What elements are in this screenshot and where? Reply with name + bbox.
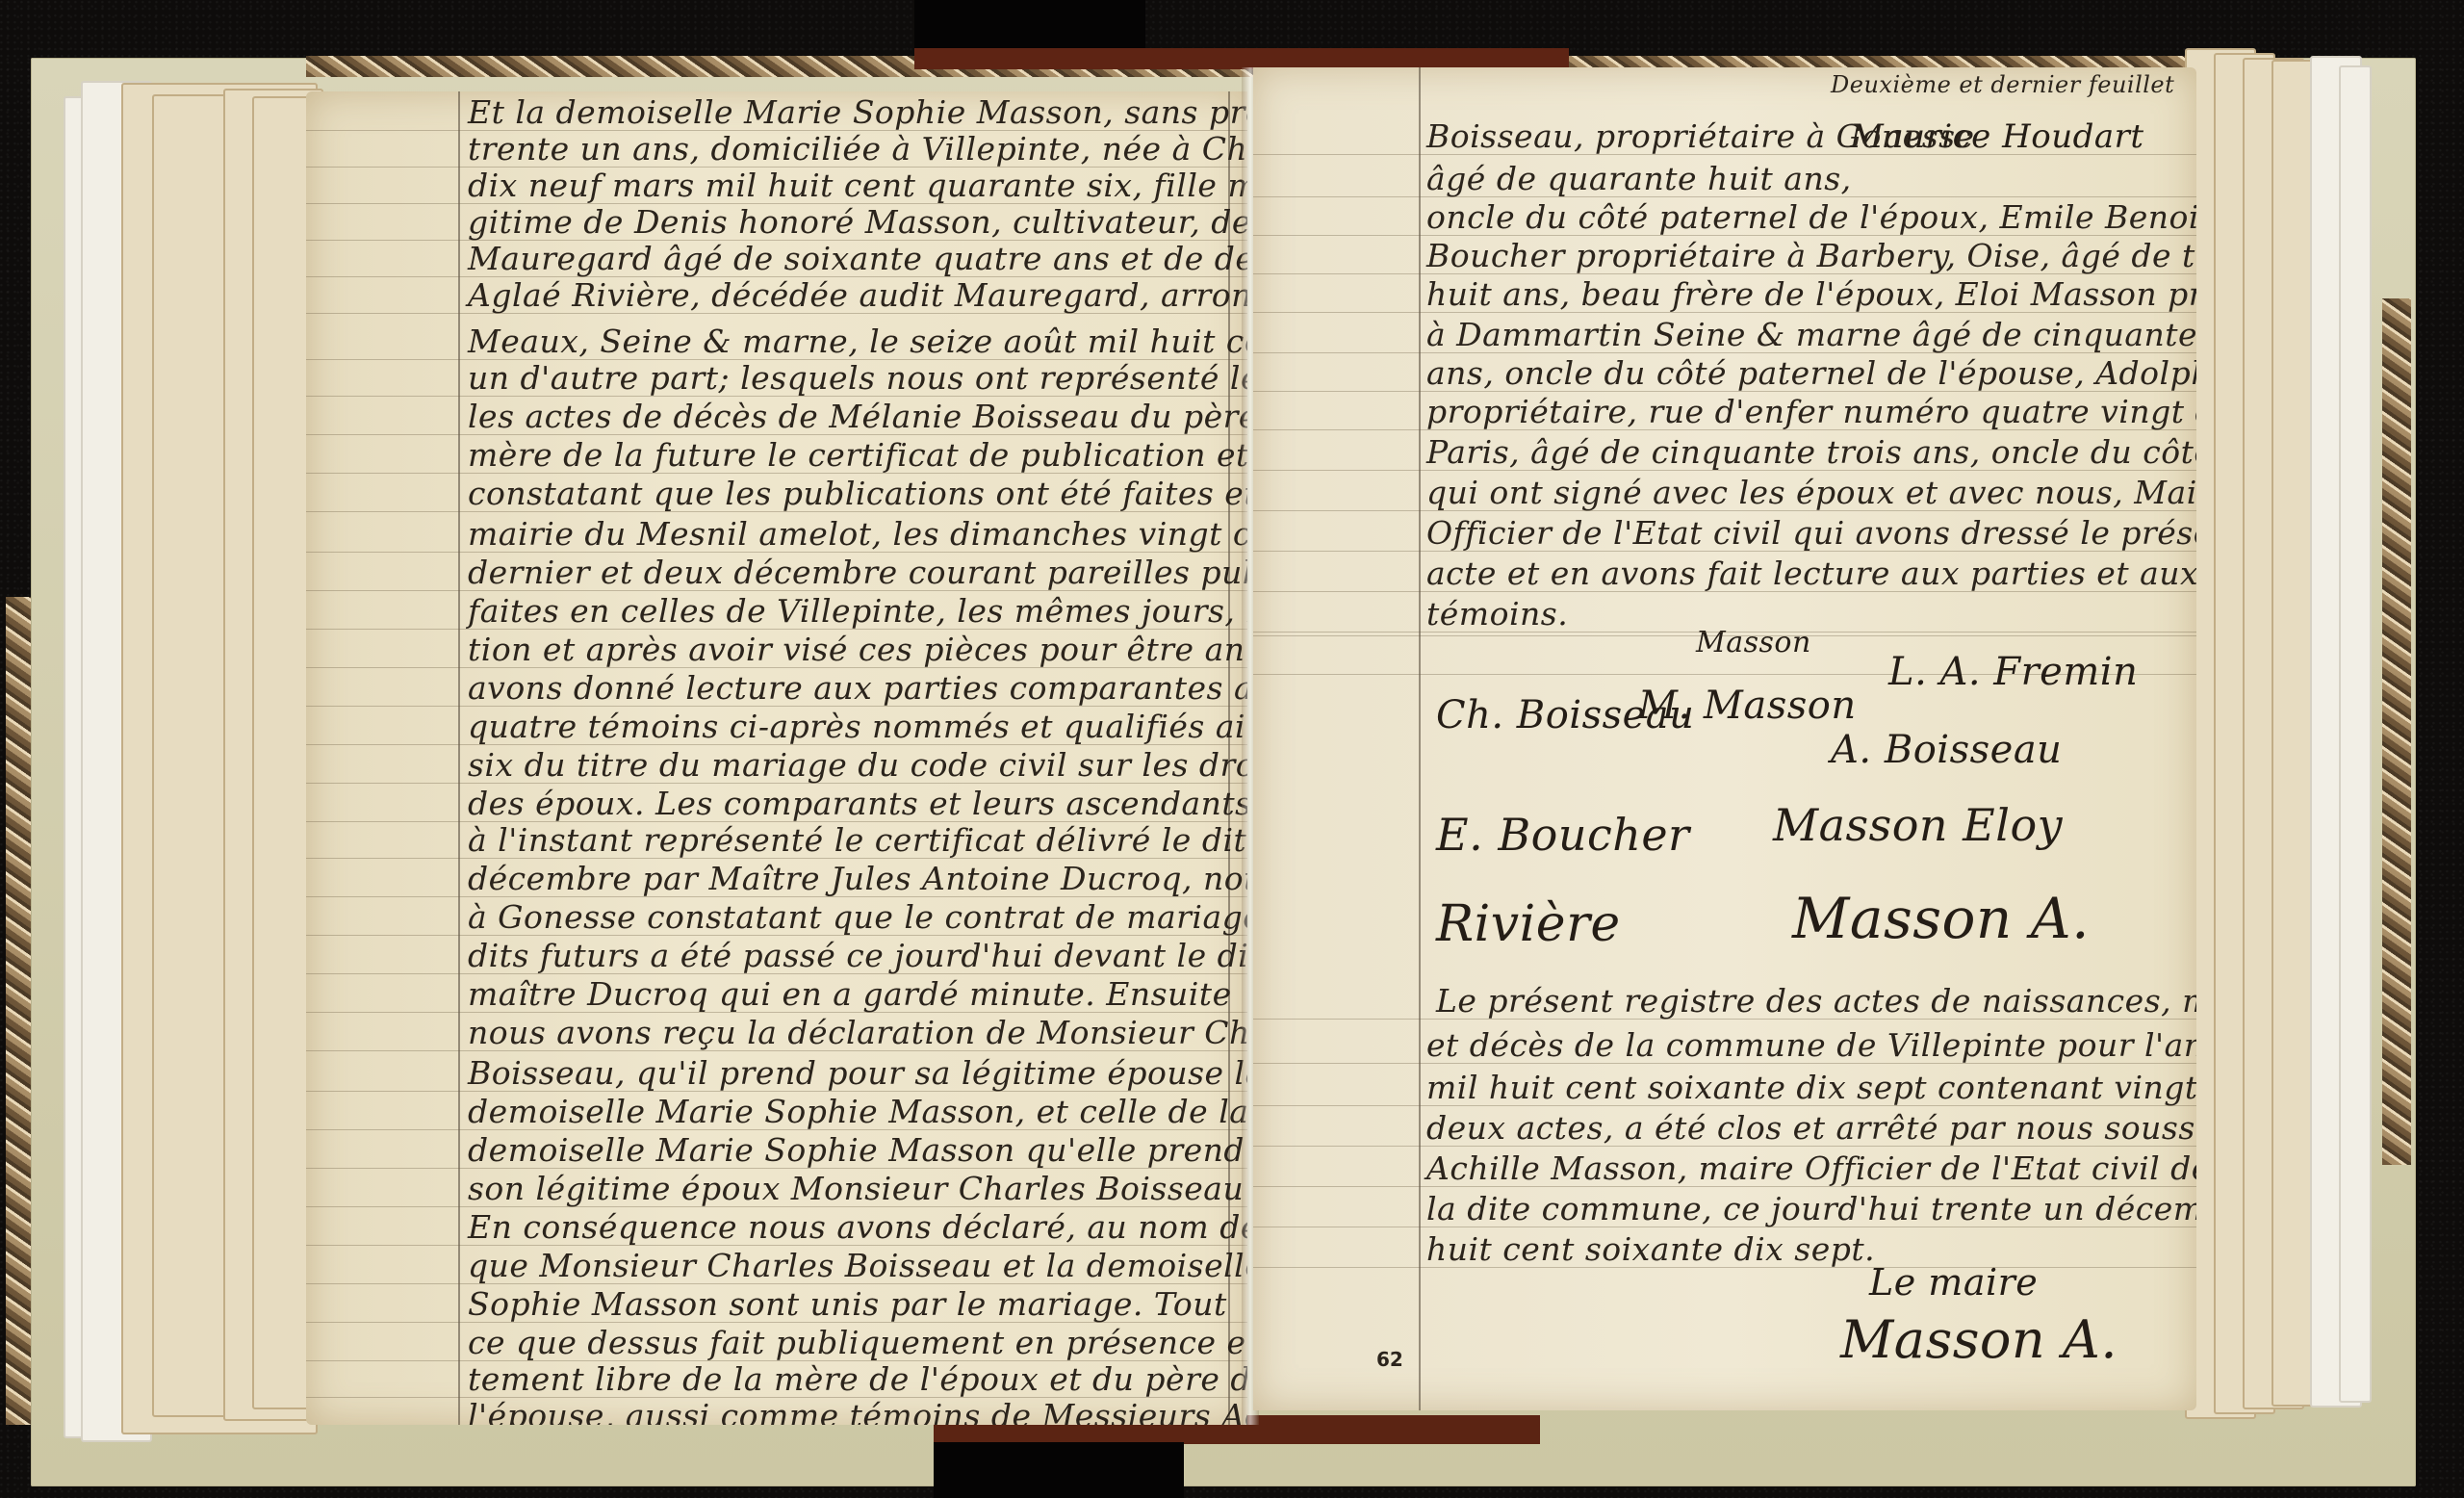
text-line: Sophie Masson sont unis par le mariage. … [468,1285,1227,1323]
text-line: En conséquence nous avons déclaré, au no… [468,1208,1247,1246]
text-line: trente un ans, domiciliée à Villepinte, … [468,130,1247,168]
ruled-line [306,359,1247,360]
text-line: tion et après avoir visé ces pièces pour… [468,631,1247,668]
ruled-line [1253,273,2196,274]
text-line: dits futurs a été passé ce jourd'hui dev… [468,937,1247,974]
signature: L. A. Fremin [1888,650,2138,694]
text-line: l'épouse, aussi comme témoins de Messieu… [468,1397,1247,1425]
text-line: Boisseau, qu'il prend pour sa légitime é… [468,1054,1247,1092]
ruled-line [306,1322,1247,1323]
text-line: maître Ducroq qui en a gardé minute. Ens… [468,975,1232,1013]
ruled-line [1253,632,2196,633]
ruled-line [306,1283,1247,1284]
ruled-line [306,313,1247,314]
ruled-line [306,783,1247,784]
right-page: 62 Deuxième et dernier feuillet Maurice … [1253,67,2196,1410]
ruled-line [306,1206,1247,1207]
spine-top [914,48,1569,69]
ruled-line [1253,1019,2196,1020]
text-line: oncle du côté paternel de l'époux, Emile… [1426,198,2196,236]
margin-line [1419,67,1421,1410]
ruled-line [306,203,1247,204]
ruled-line [1253,391,2196,392]
signature: A. Boisseau [1831,728,2062,772]
text-line: Mauregard âgé de soixante quatre ans et … [468,240,1247,277]
ruled-line [1253,1186,2196,1187]
ruled-line [306,167,1247,168]
text-line: demoiselle Marie Sophie Masson, et celle… [468,1093,1247,1130]
text-line: Officier de l'Etat civil qui avons dress… [1426,514,2196,552]
text-line: Boisseau, propriétaire à Gonesse [1426,117,1975,155]
text-line: faites en celles de Villepinte, les même… [468,592,1247,630]
text-line: six du titre du mariage du code civil su… [468,746,1247,784]
ruled-line [306,590,1247,591]
ruled-line [306,629,1247,630]
closing-line: la dite commune, ce jourd'hui trente un … [1426,1190,2196,1227]
ruled-line [306,1129,1247,1130]
ruled-line [306,552,1247,553]
text-line: ce que dessus fait publiquement en prése… [468,1324,1247,1361]
text-line: que Monsieur Charles Boisseau et la demo… [468,1247,1247,1284]
text-line: à Gonesse constatant que le contrat de m… [468,898,1247,936]
closing-line: Le présent registre des actes de naissan… [1436,982,2196,1020]
ruled-line [306,1050,1247,1051]
ruled-line [1253,154,2196,155]
ruled-line [1253,429,2196,430]
text-line: mairie du Mesnil amelot, les dimanches v… [468,515,1247,553]
text-line: tement libre de la mère de l'époux et du… [468,1360,1247,1398]
text-line: son légitime époux Monsieur Charles Bois… [468,1170,1244,1207]
text-line: mère de la future le certificat de publi… [468,436,1247,474]
closing-line: huit cent soixante dix sept. [1426,1230,1875,1268]
ruled-line [306,667,1247,668]
text-line: nous avons reçu la déclaration de Monsie… [468,1014,1247,1051]
closing-line: mil huit cent soixante dix sept contenan… [1426,1069,2196,1106]
closing-signature: Masson A. [1840,1309,2117,1370]
ruled-line [306,1245,1247,1246]
text-line: âgé de quarante huit ans, [1426,160,1852,197]
ruled-line [306,821,1247,822]
ruled-line [306,706,1247,707]
text-line: constatant que les publications ont été … [468,475,1247,512]
text-line: Aglaé Rivière, décédée audit Mauregard, … [468,276,1247,314]
marbled-board-left [6,597,31,1425]
text-line: Et la demoiselle Marie Sophie Masson, sa… [468,93,1247,131]
ruled-line [306,276,1247,277]
margin-line [458,91,460,1425]
ruled-line [1253,1063,2196,1064]
marbled-board-right [2382,298,2411,1165]
signature: Rivière [1436,895,1621,953]
ruled-line [306,744,1247,745]
page-number: 62 [1376,1348,1403,1371]
text-line: un d'autre part; lesquels nous ont repré… [468,359,1247,397]
ruled-line [1253,510,2196,511]
ruled-line [306,858,1247,859]
ruled-line [1253,352,2196,353]
ruled-line [1253,470,2196,471]
text-line: à l'instant représenté le certificat dél… [468,821,1247,859]
closing-line: et décès de la commune de Villepinte pou… [1426,1026,2196,1064]
ruled-line [1253,1267,2196,1268]
left-page: Et la demoiselle Marie Sophie Masson, sa… [306,91,1247,1425]
ruled-line [1253,591,2196,592]
background-dark [914,0,1145,50]
ruled-line [306,434,1247,435]
text-line: propriétaire, rue d'enfer numéro quatre … [1426,393,2196,430]
ruled-line [1253,1146,2196,1147]
text-line: avons donné lecture aux parties comparan… [468,669,1247,707]
text-line: Paris, âgé de cinquante trois ans, oncle… [1426,433,2196,471]
text-line: qui ont signé avec les époux et avec nou… [1426,474,2196,511]
page-edge [2339,65,2372,1403]
ruled-line [1253,312,2196,313]
text-line: dernier et deux décembre courant pareill… [468,554,1247,591]
text-line: Meaux, Seine & marne, le seize août mil … [468,323,1247,360]
text-line: décembre par Maître Jules Antoine Ducroq… [468,860,1247,897]
ruled-line [1253,196,2196,197]
ruled-line [306,935,1247,936]
ruled-line [306,1168,1247,1169]
ruled-line [1253,1105,2196,1106]
ruled-line [306,240,1247,241]
text-line: gitime de Denis honoré Masson, cultivate… [468,203,1247,241]
text-line: à Dammartin Seine & marne âgé de cinquan… [1426,316,2196,353]
text-line: dix neuf mars mil huit cent quarante six… [468,167,1247,204]
ruled-line [306,1091,1247,1092]
text-line: acte et en avons fait lecture aux partie… [1426,555,2196,592]
ruled-line [1253,1227,2196,1227]
ruled-line [306,473,1247,474]
closing-line: Achille Masson, maire Officier de l'Etat… [1426,1149,2196,1187]
signature: E. Boucher [1436,809,1690,861]
background-dark-bottom [934,1442,1184,1498]
text-line: demoiselle Marie Sophie Masson qu'elle p… [468,1131,1247,1169]
ruled-line [306,1397,1247,1398]
text-line: Boucher propriétaire à Barbery, Oise, âg… [1426,237,2196,274]
text-line: quatre témoins ci-après nommés et qualif… [468,708,1247,745]
ruled-line [306,973,1247,974]
text-line: témoins. [1426,595,1568,633]
closing-line: deux actes, a été clos et arrêté par nou… [1426,1109,2196,1147]
text-line: les actes de décès de Mélanie Boisseau d… [468,398,1247,435]
ruled-line [306,130,1247,131]
ruled-line [306,1360,1247,1361]
signature: Masson A. [1792,886,2090,951]
signature: Masson Eloy [1773,799,2063,851]
ruled-line [1253,551,2196,552]
signature: M. Masson [1638,684,1857,728]
header-note: Deuxième et dernier feuillet [1831,71,2174,98]
ruled-line [306,1012,1247,1013]
text-line: ans, oncle du côté paternel de l'épouse,… [1426,354,2196,392]
ruled-line [1253,235,2196,236]
text-line: des époux. Les comparants et leurs ascen… [468,785,1247,822]
ruled-line [306,511,1247,512]
ruled-line [306,396,1247,397]
text-line: huit ans, beau frère de l'époux, Eloi Ma… [1426,275,2196,313]
ruled-line [306,896,1247,897]
